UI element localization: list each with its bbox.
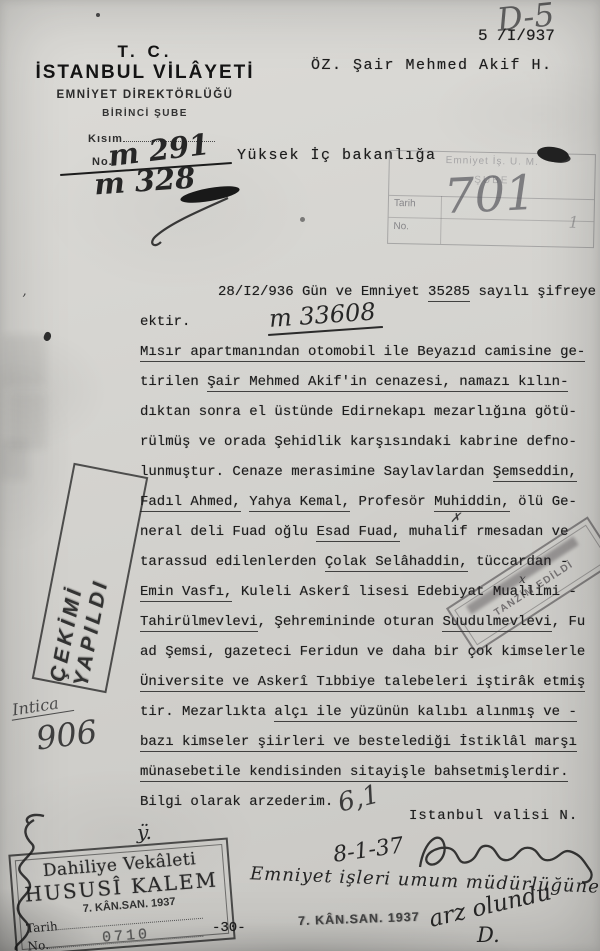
body-line: neral deli Fuad oğlu Esad Fuad, muhalif … (140, 517, 600, 547)
body-line: rülmüş ve orada Şehidlik karşısındaki ka… (140, 427, 600, 457)
underlined-text: Fadıl Ahmed, (140, 494, 241, 512)
typed-text: tir. Mezarlıkta (140, 704, 274, 720)
letterhead-direktorluk: EMNİYET DİREKTÖRLÜĞÜ (25, 89, 265, 101)
typed-text (241, 494, 249, 510)
pen-tick: ’ (22, 292, 26, 308)
typed-text: tarassud edilenlerden (140, 554, 325, 570)
margin-note-number: 906 (34, 712, 99, 757)
d-initial-handwritten: D. (477, 923, 500, 947)
underlined-text: Emin Vasfı, (140, 584, 232, 602)
letterhead-tc: T. C. (25, 42, 265, 62)
underlined-text: bazı kimseler şiirleri ve bestelediği İs… (140, 734, 577, 752)
body-line: tirilen Şair Mehmed Akif'in cenazesi, na… (140, 367, 600, 397)
cekimi-yapildi-text: ÇEKİMİ YAPILDI (46, 467, 134, 688)
ink-speck (96, 13, 100, 17)
receipt-stamp-extra: 1 (568, 213, 579, 232)
typed-text: Profesör (350, 494, 434, 510)
cekimi-yapildi-stamp: ÇEKİMİ YAPILDI (32, 463, 149, 693)
body-text: 28/I2/936 Gün ve Emniyet 35285 sayılı şi… (140, 277, 600, 817)
underlined-text: Yahya Kemal, (249, 494, 350, 512)
body-line: Mısır apartmanından otomobil ile Beyazıd… (140, 337, 600, 367)
underlined-text: Esad Fuad, (316, 524, 400, 542)
typed-text: ölü Ge- (510, 494, 577, 510)
typed-date-top: 5 /I/937 (478, 27, 555, 45)
underlined-text: münasebetile kendisinden sitayişle bahse… (140, 764, 568, 782)
typed-text: neral deli Fuad oğlu (140, 524, 316, 540)
receipt-stamp-number: 701 (443, 165, 537, 225)
body-line: Fadıl Ahmed, Yahya Kemal, Profesör Muhid… (140, 487, 600, 517)
underlined-text: alçı ile yüzünün kalıbı alınmış ve - (274, 704, 576, 722)
underlined-text: Üniversite ve Askerî Tıbbiye talebeleri … (140, 674, 585, 692)
typed-text: , Şehremininde oturan (258, 614, 443, 630)
underlined-text: Muhiddin, (434, 494, 510, 512)
body-line: bazı kimseler şiirleri ve bestelediği İs… (140, 727, 600, 757)
letterhead-vilayet: İSTANBUL VİLÂYETİ (15, 62, 275, 84)
underlined-text: Tahirülmevlevi (140, 614, 258, 632)
receipt-stamp-no-label: No. (393, 221, 409, 232)
bleedthrough-mark (0, 440, 28, 480)
body-line: tir. Mezarlıkta alçı ile yüzünün kalıbı … (140, 697, 600, 727)
typed-text: tirilen (140, 374, 207, 390)
subject-line: ÖZ. Şair Mehmed Akif H. (311, 57, 553, 74)
underlined-text: 35285 (428, 284, 470, 302)
typed-text: rülmüş ve orada Şehidlik karşısındaki ka… (140, 434, 577, 450)
edge-scribble (0, 810, 54, 951)
underlined-text: Şemseddin, (493, 464, 577, 482)
typed-text: Bilgi olarak arzederim. (140, 794, 333, 810)
body-line: lunmuştur. Cenaze merasimine Saylavlarda… (140, 457, 600, 487)
date-stamp-middle: 7. KÂN.SAN. 1937 (298, 910, 420, 928)
body-line: Üniversite ve Askerî Tıbbiye talebeleri … (140, 667, 600, 697)
typed-text: lunmuştur. Cenaze merasimine Saylavlarda… (140, 464, 493, 480)
underlined-text: Çolak Selâhaddin, (325, 554, 468, 572)
hand-mark-1: ✗ (450, 511, 461, 526)
bilgi-mark: ÿ. (137, 820, 152, 844)
typed-text: , Fu (552, 614, 586, 630)
pen-flourish (140, 192, 235, 252)
underlined-text: Mısır apartmanından otomobil ile Beyazıd… (140, 344, 585, 362)
scanned-document-page: D-5 5 /I/937 T. C. İSTANBUL VİLÂYETİ EMN… (0, 0, 600, 951)
receipt-stamp-vline (440, 196, 442, 244)
bleedthrough-mark (4, 335, 46, 387)
letterhead-sube: BİRİNCİ ŞUBE (25, 108, 265, 119)
typed-text: muhalif rmesadan ve (400, 524, 568, 540)
underlined-text: Şair Mehmed Akif'in cenazesi, namazı kıl… (207, 374, 568, 392)
typed-text: 28/I2/936 Gün ve Emniyet (218, 284, 428, 300)
typed-text: ad Şemsi, gazeteci Feridun ve daha bir ç… (140, 644, 585, 660)
typed-text: ektir. (140, 314, 190, 330)
receipt-stamp-tarih-label: Tarih (394, 198, 416, 209)
handwritten-date: 8-1-37 (332, 833, 406, 868)
receipt-stamp: Emniyet İş. U. M. ŞUBE Tarih No. 701 1 (387, 150, 596, 248)
body-line: ad Şemsi, gazeteci Feridun ve daha bir ç… (140, 637, 600, 667)
ink-speck (300, 217, 305, 222)
typed-text: dıktan sonra el üstünde Edirnekapı mezar… (140, 404, 577, 420)
body-line: dıktan sonra el üstünde Edirnekapı mezar… (140, 397, 600, 427)
typed-text: sayılı şifreye (470, 284, 596, 300)
